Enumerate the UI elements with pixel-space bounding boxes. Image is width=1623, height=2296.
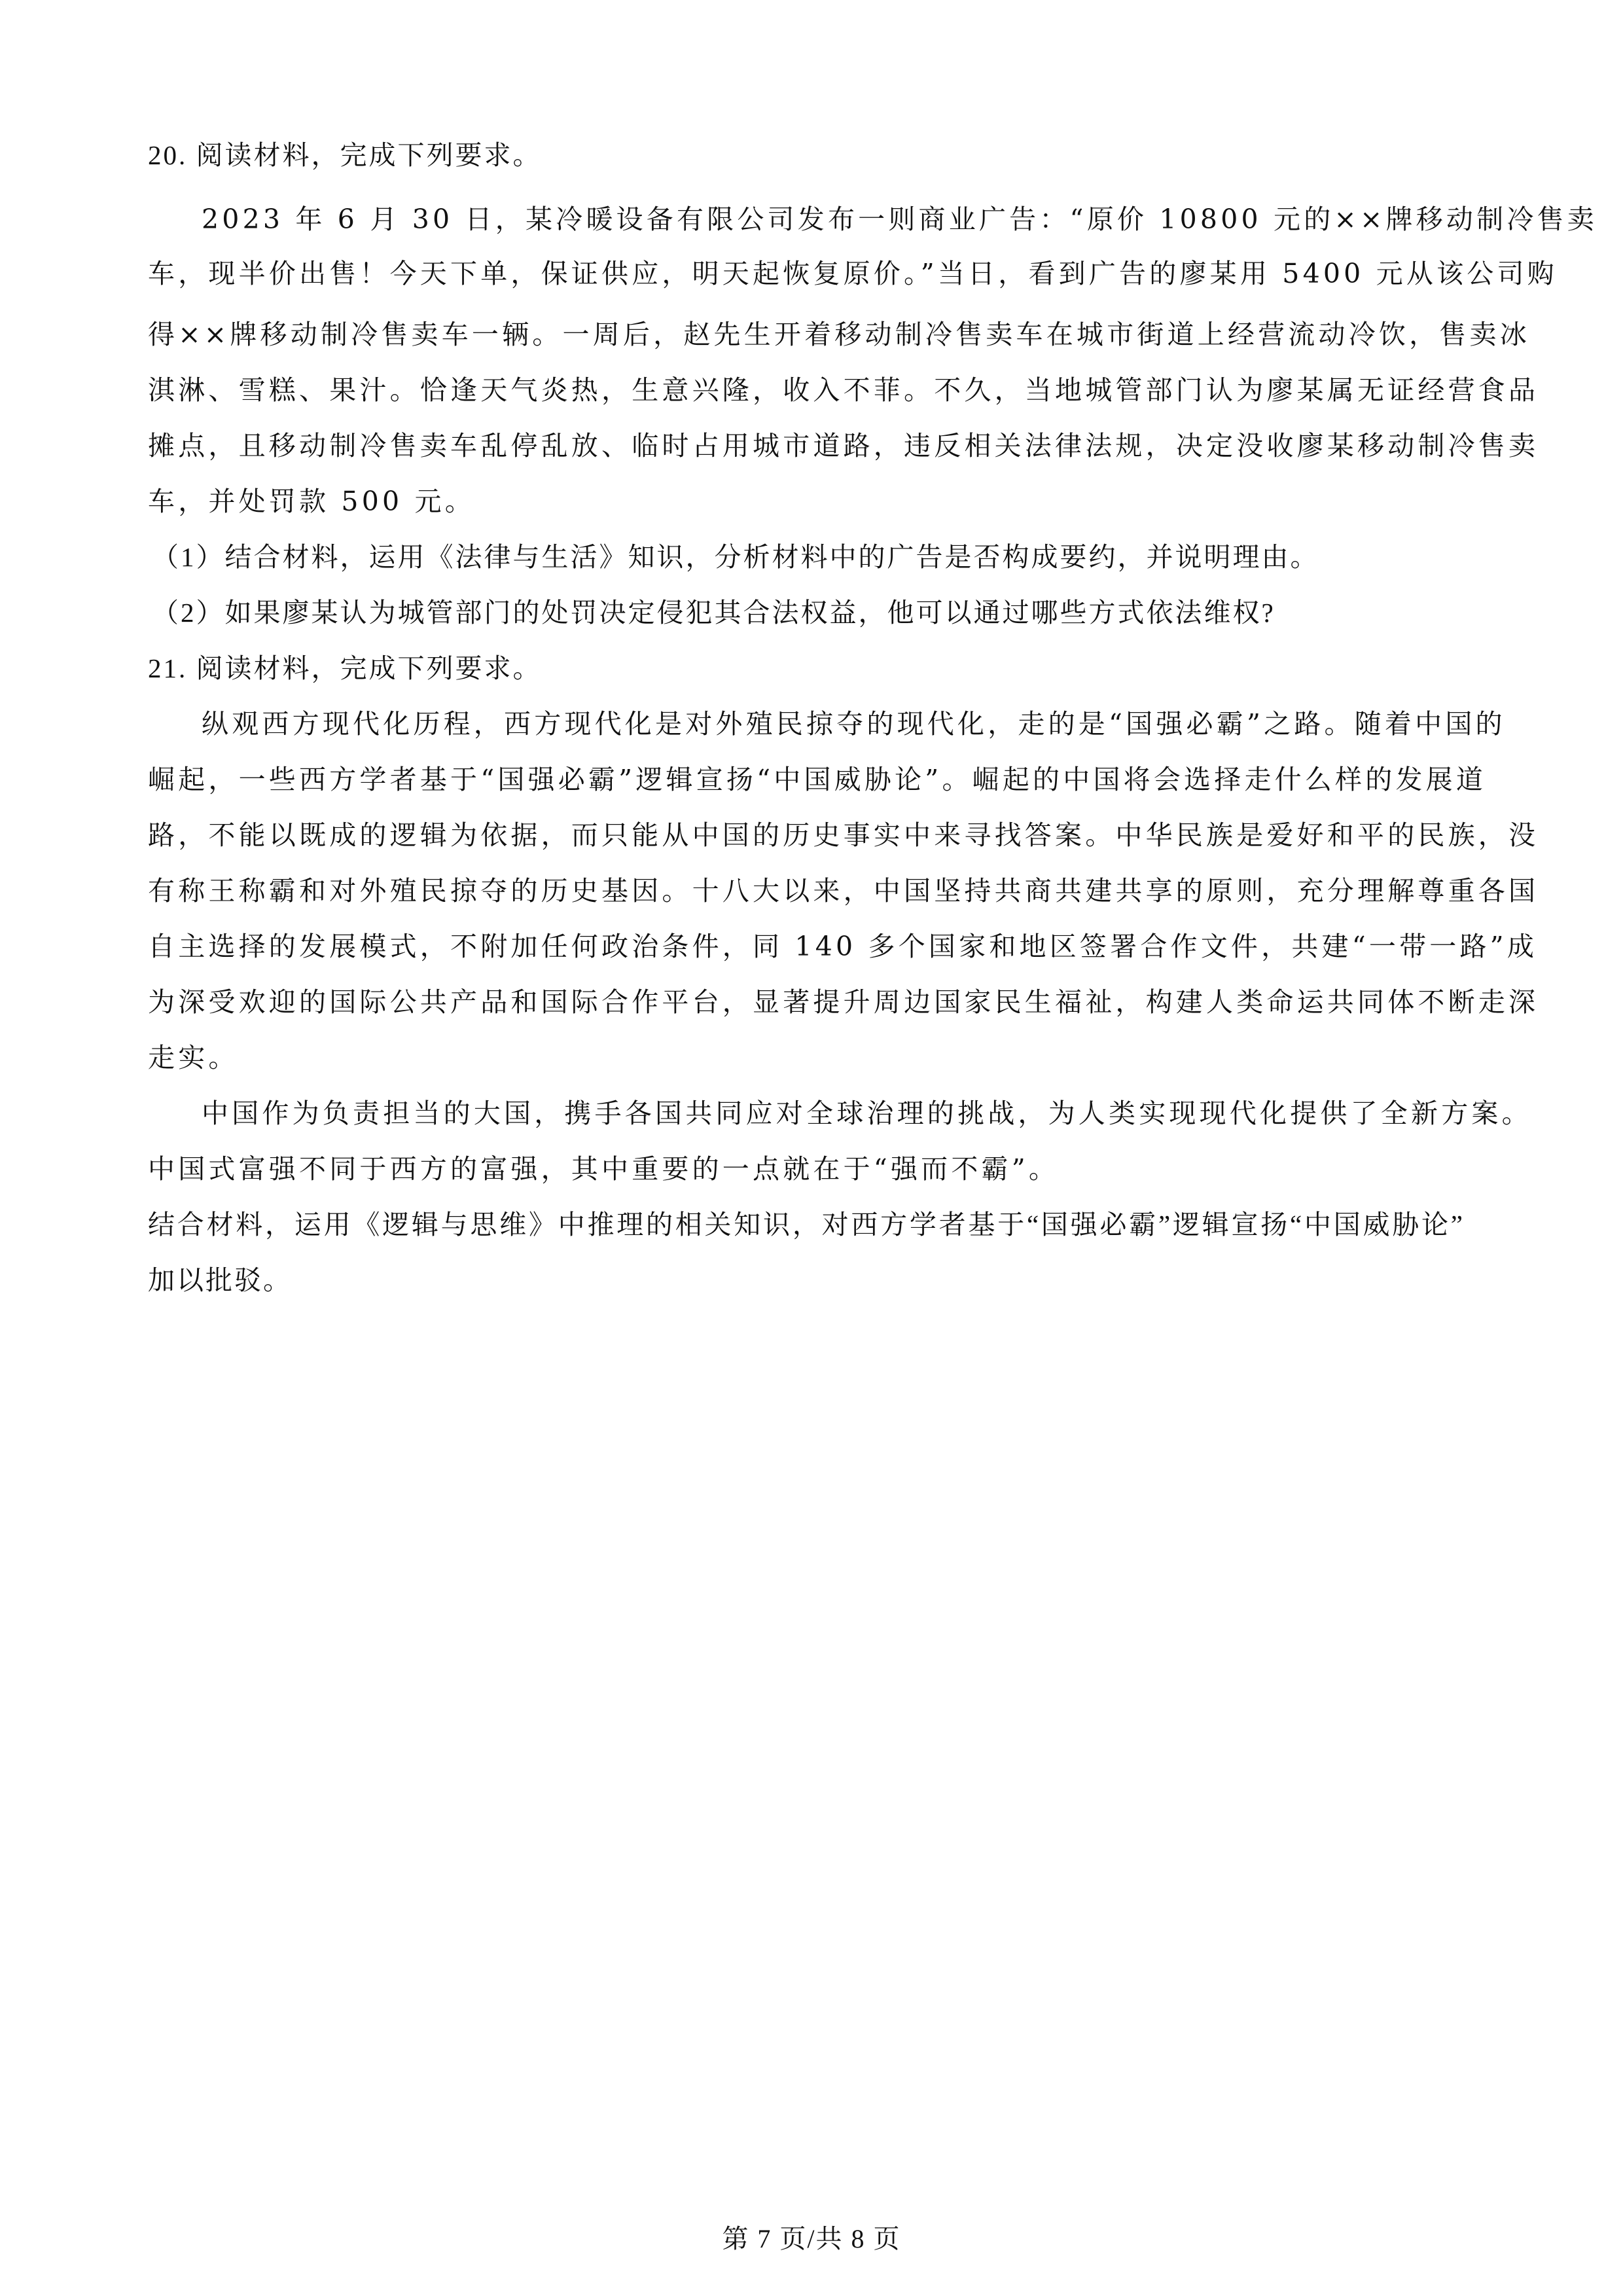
q21-task-line-2: 加以批驳。 xyxy=(148,1261,1465,1300)
exam-page: 20. 阅读材料，完成下列要求。 2023 年 6 月 30 日，某冷暖设备有限… xyxy=(0,0,1623,2296)
q21-para1-line-1: 纵观西方现代化历程，西方现代化是对外殖民掠夺的现代化，走的是“国强必霸”之路。随… xyxy=(202,704,1465,744)
q21-para1-line-5: 自主选择的发展模式，不附加任何政治条件，同 140 多个国家和地区签署合作文件，… xyxy=(148,927,1465,966)
q21-para1-line-4: 有称王称霸和对外殖民掠夺的历史基因。十八大以来，中国坚持共商共建共享的原则，充分… xyxy=(148,871,1465,910)
q20-material-line-6: 车，并处罚款 500 元。 xyxy=(148,482,1465,521)
q20-material-line-2: 车，现半价出售！今天下单，保证供应，明天起恢复原价。”当日，看到广告的廖某用 5… xyxy=(148,254,1465,293)
q21-para1-line-3: 路，不能以既成的逻辑为依据，而只能从中国的历史事实中来寻找答案。中华民族是爱好和… xyxy=(148,816,1465,855)
q20-material-line-1: 2023 年 6 月 30 日，某冷暖设备有限公司发布一则商业广告：“原价 10… xyxy=(202,200,1465,239)
q21-para2-line-1: 中国作为负责担当的大国，携手各国共同应对全球治理的挑战，为人类实现现代化提供了全… xyxy=(202,1094,1465,1133)
q21-para1-line-6: 为深受欢迎的国际公共产品和国际合作平台，显著提升周边国家民生福祉，构建人类命运共… xyxy=(148,982,1465,1022)
q21-para1-line-2: 崛起，一些西方学者基于“国强必霸”逻辑宣扬“中国威胁论”。崛起的中国将会选择走什… xyxy=(148,760,1465,799)
question-21-header: 21. 阅读材料，完成下列要求。 xyxy=(148,649,1465,688)
question-20-header: 20. 阅读材料，完成下列要求。 xyxy=(148,135,1465,175)
q21-para1-line-7: 走实。 xyxy=(148,1038,1465,1077)
q20-material-line-3: 得××牌移动制冷售卖车一辆。一周后，赵先生开着移动制冷售卖车在城市街道上经营流动… xyxy=(148,315,1465,354)
q20-sub-question-2: （2）如果廖某认为城管部门的处罚决定侵犯其合法权益，他可以通过哪些方式依法维权? xyxy=(152,593,1469,632)
q21-para2-line-2: 中国式富强不同于西方的富强，其中重要的一点就在于“强而不霸”。 xyxy=(148,1149,1465,1189)
q20-material-line-4: 淇淋、雪糕、果汁。恰逢天气炎热，生意兴隆，收入不菲。不久，当地城管部门认为廖某属… xyxy=(148,370,1465,410)
page-number-footer: 第 7 页/共 8 页 xyxy=(0,2223,1623,2255)
q20-material-line-5: 摊点，且移动制冷售卖车乱停乱放、临时占用城市道路，违反相关法律法规，决定没收廖某… xyxy=(148,426,1465,465)
q21-task-line-1: 结合材料，运用《逻辑与思维》中推理的相关知识，对西方学者基于“国强必霸”逻辑宣扬… xyxy=(148,1205,1465,1244)
q20-sub-question-1: （1）结合材料，运用《法律与生活》知识，分析材料中的广告是否构成要约，并说明理由… xyxy=(152,537,1469,577)
